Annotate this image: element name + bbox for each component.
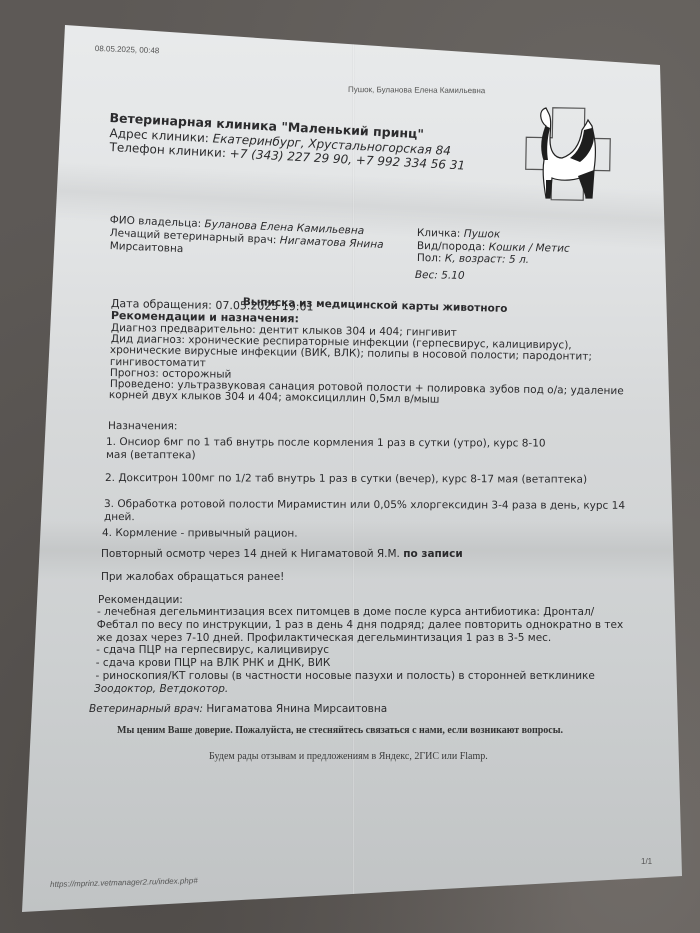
- recommendations-clinics: Зоодоктор, Ветдокотор.: [94, 683, 228, 696]
- recommendation-line: Фебтал по весу по инструкции, 1 раз в де…: [97, 619, 624, 632]
- prescription-item: 1. Онсиор 6мг по 1 таб внутрь после корм…: [106, 436, 546, 450]
- recommendation-line: - сдача ПЦР на герпесвирус, калицивирус: [96, 644, 329, 657]
- trust-message: Мы ценим Ваше доверие. Пожалуйста, не ст…: [117, 725, 563, 736]
- complaints-note: При жалобах обращаться ранее!: [101, 571, 284, 584]
- pet-name-value: Пушок: [464, 228, 501, 241]
- prescription-item: мая (ветаптека): [106, 449, 196, 462]
- prescription-item: 2. Докситрон 100мг по 1/2 таб внутрь 1 р…: [105, 472, 587, 486]
- followup-text: Повторный осмотр через 14 дней к Нигамат…: [101, 548, 403, 560]
- print-patient-owner: Пушок, Буланова Елена Камильевна: [348, 85, 485, 95]
- pet-sex-age: Пол: К, возраст: 5 л.: [417, 252, 529, 267]
- cat-on-medical-cross-icon: [522, 100, 614, 208]
- recommendation-line: - сдача крови ПЦР на ВЛК РНК и ДНК, ВИК: [96, 657, 331, 670]
- prescription-item: 4. Кормление - привычный рацион.: [102, 527, 298, 540]
- followup-bold: по записи: [403, 548, 463, 560]
- doctor-signature: Ветеринарный врач: Нигаматова Янина Мирс…: [89, 703, 387, 716]
- prescriptions-heading: Назначения:: [108, 420, 177, 433]
- pet-weight-label: Вес:: [415, 269, 442, 281]
- signature-value: Нигаматова Янина Мирсаитовна: [206, 703, 387, 715]
- pet-name-label: Кличка:: [417, 227, 464, 240]
- recommendation-line: - лечебная дегельминтизация всех питомце…: [97, 606, 594, 619]
- prescription-item: 3. Обработка ротовой полости Мирамистин …: [104, 498, 625, 512]
- pet-sex-value: К, возраст: 5 л.: [445, 252, 529, 265]
- recommendation-line: же дозах через 7-10 дней. Профилактическ…: [96, 632, 551, 645]
- prescription-item: дней.: [104, 511, 135, 524]
- recommendation-line: - риноскопия/КТ головы (в частности носо…: [96, 670, 595, 683]
- signature-label: Ветеринарный врач:: [89, 703, 206, 715]
- pet-sex-label: Пол:: [417, 252, 445, 264]
- pet-weight-value: 5.10: [441, 269, 465, 281]
- page-number: 1/1: [641, 857, 652, 866]
- followup-note: Повторный осмотр через 14 дней к Нигамат…: [101, 548, 463, 561]
- recommendations-heading: Рекомендации:: [98, 594, 183, 607]
- pet-weight: Вес: 5.10: [415, 269, 465, 283]
- review-message: Будем рады отзывам и предложениям в Янде…: [209, 751, 488, 762]
